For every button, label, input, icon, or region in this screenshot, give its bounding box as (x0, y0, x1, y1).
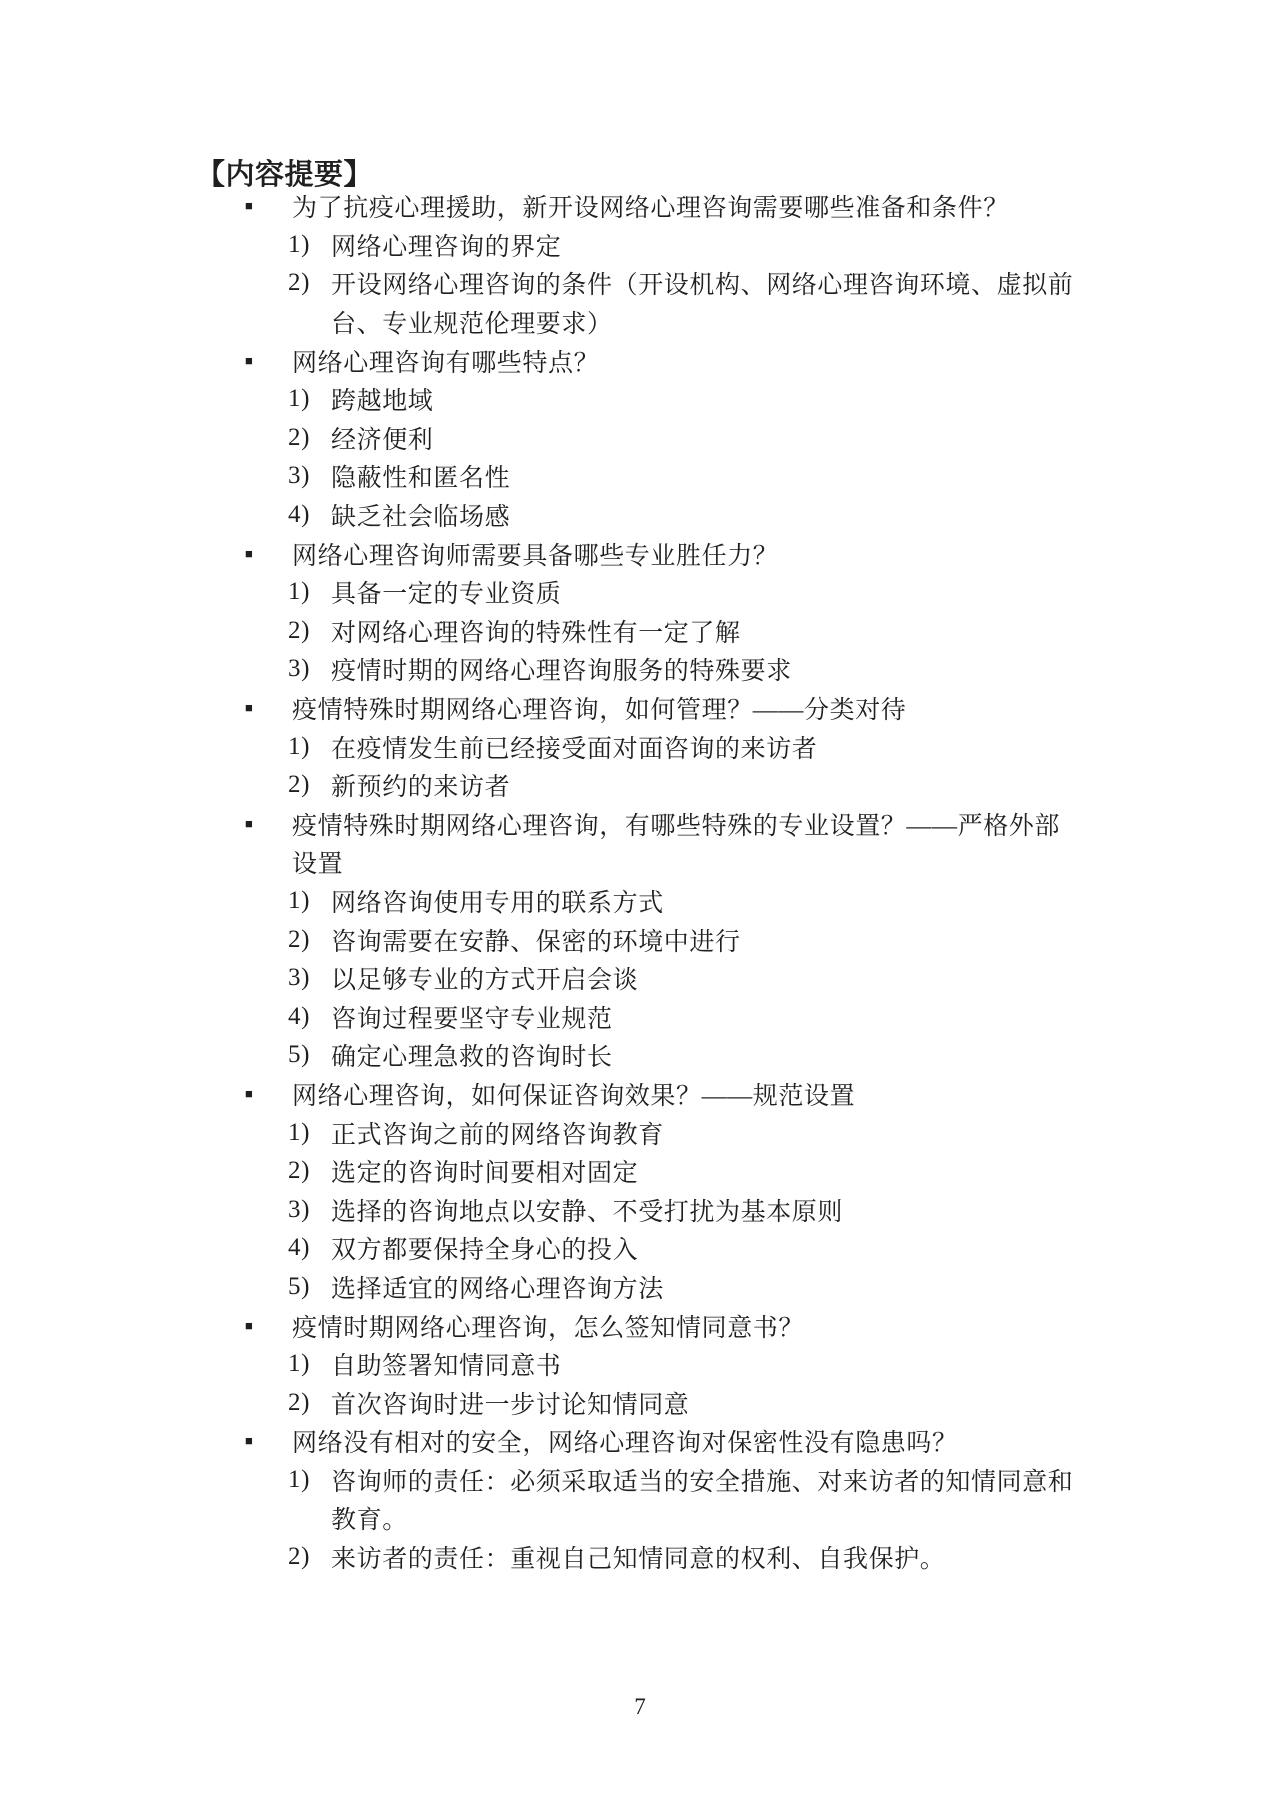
row-text: 首次咨询时进一步讨论知情同意 (331, 1385, 689, 1421)
bullet-square-icon: ■ (245, 816, 292, 832)
row-text: 咨询师的责任：必须采取适当的安全措施、对来访者的知情同意和 (331, 1462, 1073, 1498)
row-text: 网络咨询使用专用的联系方式 (331, 883, 664, 919)
row-text: 网络没有相对的安全，网络心理咨询对保密性没有隐患吗？ (292, 1423, 958, 1459)
row-text: 疫情时期网络心理咨询，怎么签知情同意书？ (292, 1308, 804, 1344)
item-number: 1) (288, 385, 331, 413)
row-text: 缺乏社会临场感 (331, 497, 510, 533)
item-number: 1) (288, 1119, 331, 1147)
row-text: 选择的咨询地点以安静、不受打扰为基本原则 (331, 1192, 843, 1228)
row-text: 网络心理咨询的界定 (331, 227, 561, 263)
row-text: 选择适宜的网络心理咨询方法 (331, 1269, 664, 1305)
outline-bullet-row: ■ 网络没有相对的安全，网络心理咨询对保密性没有隐患吗？ (0, 1422, 1280, 1461)
item-number: 5) (288, 1273, 331, 1301)
bullet-square-icon: ■ (245, 1086, 292, 1102)
row-text: 为了抗疫心理援助，新开设网络心理咨询需要哪些准备和条件？ (292, 188, 1009, 224)
row-text: 教育。 (331, 1500, 408, 1536)
row-text: 确定心理急救的咨询时长 (331, 1037, 613, 1073)
outline-bullet-row: ■ 疫情特殊时期网络心理咨询，如何管理？——分类对待 (0, 689, 1280, 728)
outline-numbered-row: 1) 跨越地域 (0, 380, 1280, 419)
row-text: 设置 (292, 844, 343, 880)
outline-bullet-row: ■ 网络心理咨询师需要具备哪些专业胜任力？ (0, 534, 1280, 573)
item-number: 2) (288, 1389, 331, 1417)
row-text: 台、专业规范伦理要求） (331, 304, 613, 340)
row-text: 新预约的来访者 (331, 767, 510, 803)
outline-bullet-row: ■ 疫情特殊时期网络心理咨询，有哪些特殊的专业设置？——严格外部 (0, 805, 1280, 844)
row-text: 网络心理咨询，如何保证咨询效果？——规范设置 (292, 1076, 855, 1112)
outline-numbered-row: 2) 经济便利 (0, 419, 1280, 458)
outline-bullet-row: ■ 网络心理咨询，如何保证咨询效果？——规范设置 (0, 1075, 1280, 1114)
row-text: 疫情特殊时期网络心理咨询，如何管理？——分类对待 (292, 690, 906, 726)
item-number: 2) (288, 424, 331, 452)
outline-continuation-row: 台、专业规范伦理要求） (0, 303, 1280, 342)
item-number: 4) (288, 1003, 331, 1031)
outline-numbered-row: 4) 缺乏社会临场感 (0, 496, 1280, 535)
bullet-square-icon: ■ (245, 198, 292, 214)
outline-numbered-row: 1) 在疫情发生前已经接受面对面咨询的来访者 (0, 727, 1280, 766)
item-number: 4) (288, 501, 331, 529)
row-text: 对网络心理咨询的特殊性有一定了解 (331, 613, 741, 649)
bullet-square-icon: ■ (245, 1318, 292, 1334)
item-number: 2) (288, 771, 331, 799)
bullet-square-icon: ■ (245, 546, 292, 562)
row-text: 正式咨询之前的网络咨询教育 (331, 1115, 664, 1151)
outline-numbered-row: 3) 疫情时期的网络心理咨询服务的特殊要求 (0, 650, 1280, 689)
item-number: 1) (288, 231, 331, 259)
item-number: 3) (288, 964, 331, 992)
outline-numbered-row: 5) 确定心理急救的咨询时长 (0, 1036, 1280, 1075)
item-number: 2) (288, 269, 331, 297)
bullet-square-icon: ■ (245, 700, 292, 716)
row-text: 具备一定的专业资质 (331, 574, 561, 610)
outline-numbered-row: 3) 以足够专业的方式开启会谈 (0, 959, 1280, 998)
outline-numbered-row: 4) 双方都要保持全身心的投入 (0, 1229, 1280, 1268)
bullet-square-icon: ■ (245, 353, 292, 369)
outline-numbered-row: 1) 网络咨询使用专用的联系方式 (0, 882, 1280, 921)
outline-numbered-row: 2) 咨询需要在安静、保密的环境中进行 (0, 920, 1280, 959)
outline-continuation-row: 教育。 (0, 1499, 1280, 1538)
item-number: 1) (288, 1466, 331, 1494)
outline-continuation-row: 设置 (0, 843, 1280, 882)
item-number: 2) (288, 1157, 331, 1185)
outline-bullet-row: ■ 为了抗疫心理援助，新开设网络心理咨询需要哪些准备和条件？ (0, 187, 1280, 226)
outline-list: ■ 为了抗疫心理援助，新开设网络心理咨询需要哪些准备和条件？ 1) 网络心理咨询… (0, 187, 1280, 1576)
outline-numbered-row: 1) 正式咨询之前的网络咨询教育 (0, 1113, 1280, 1152)
outline-numbered-row: 2) 首次咨询时进一步讨论知情同意 (0, 1383, 1280, 1422)
row-text: 双方都要保持全身心的投入 (331, 1230, 638, 1266)
item-number: 2) (288, 926, 331, 954)
document-page: 【内容提要】 ■ 为了抗疫心理援助，新开设网络心理咨询需要哪些准备和条件？ 1)… (0, 0, 1280, 1810)
row-text: 疫情特殊时期网络心理咨询，有哪些特殊的专业设置？——严格外部 (292, 806, 1060, 842)
item-number: 2) (288, 1543, 331, 1571)
item-number: 1) (288, 887, 331, 915)
row-text: 以足够专业的方式开启会谈 (331, 960, 638, 996)
outline-numbered-row: 1) 咨询师的责任：必须采取适当的安全措施、对来访者的知情同意和 (0, 1461, 1280, 1500)
outline-numbered-row: 3) 隐蔽性和匿名性 (0, 457, 1280, 496)
outline-numbered-row: 2) 新预约的来访者 (0, 766, 1280, 805)
outline-numbered-row: 4) 咨询过程要坚守专业规范 (0, 997, 1280, 1036)
row-text: 自助签署知情同意书 (331, 1346, 561, 1382)
row-text: 网络心理咨询师需要具备哪些专业胜任力？ (292, 536, 778, 572)
row-text: 咨询需要在安静、保密的环境中进行 (331, 922, 741, 958)
outline-numbered-row: 2) 来访者的责任：重视自己知情同意的权利、自我保护。 (0, 1538, 1280, 1577)
row-text: 隐蔽性和匿名性 (331, 458, 510, 494)
outline-numbered-row: 3) 选择的咨询地点以安静、不受打扰为基本原则 (0, 1190, 1280, 1229)
item-number: 5) (288, 1041, 331, 1069)
item-number: 3) (288, 462, 331, 490)
row-text: 疫情时期的网络心理咨询服务的特殊要求 (331, 651, 792, 687)
item-number: 4) (288, 1234, 331, 1262)
item-number: 1) (288, 1350, 331, 1378)
outline-numbered-row: 2) 选定的咨询时间要相对固定 (0, 1152, 1280, 1191)
item-number: 3) (288, 655, 331, 683)
outline-numbered-row: 2) 开设网络心理咨询的条件（开设机构、网络心理咨询环境、虚拟前 (0, 264, 1280, 303)
row-text: 在疫情发生前已经接受面对面咨询的来访者 (331, 729, 817, 765)
outline-numbered-row: 5) 选择适宜的网络心理咨询方法 (0, 1268, 1280, 1307)
item-number: 3) (288, 1196, 331, 1224)
row-text: 咨询过程要坚守专业规范 (331, 999, 613, 1035)
row-text: 跨越地域 (331, 381, 433, 417)
row-text: 来访者的责任：重视自己知情同意的权利、自我保护。 (331, 1539, 945, 1575)
outline-numbered-row: 1) 自助签署知情同意书 (0, 1345, 1280, 1384)
row-text: 开设网络心理咨询的条件（开设机构、网络心理咨询环境、虚拟前 (331, 265, 1073, 301)
row-text: 网络心理咨询有哪些特点？ (292, 343, 599, 379)
bullet-square-icon: ■ (245, 1433, 292, 1449)
page-number: 7 (0, 1694, 1280, 1720)
row-text: 选定的咨询时间要相对固定 (331, 1153, 638, 1189)
item-number: 1) (288, 578, 331, 606)
outline-bullet-row: ■ 疫情时期网络心理咨询，怎么签知情同意书？ (0, 1306, 1280, 1345)
outline-numbered-row: 2) 对网络心理咨询的特殊性有一定了解 (0, 612, 1280, 651)
outline-numbered-row: 1) 具备一定的专业资质 (0, 573, 1280, 612)
item-number: 2) (288, 617, 331, 645)
outline-numbered-row: 1) 网络心理咨询的界定 (0, 226, 1280, 265)
outline-bullet-row: ■ 网络心理咨询有哪些特点？ (0, 341, 1280, 380)
item-number: 1) (288, 733, 331, 761)
row-text: 经济便利 (331, 420, 433, 456)
